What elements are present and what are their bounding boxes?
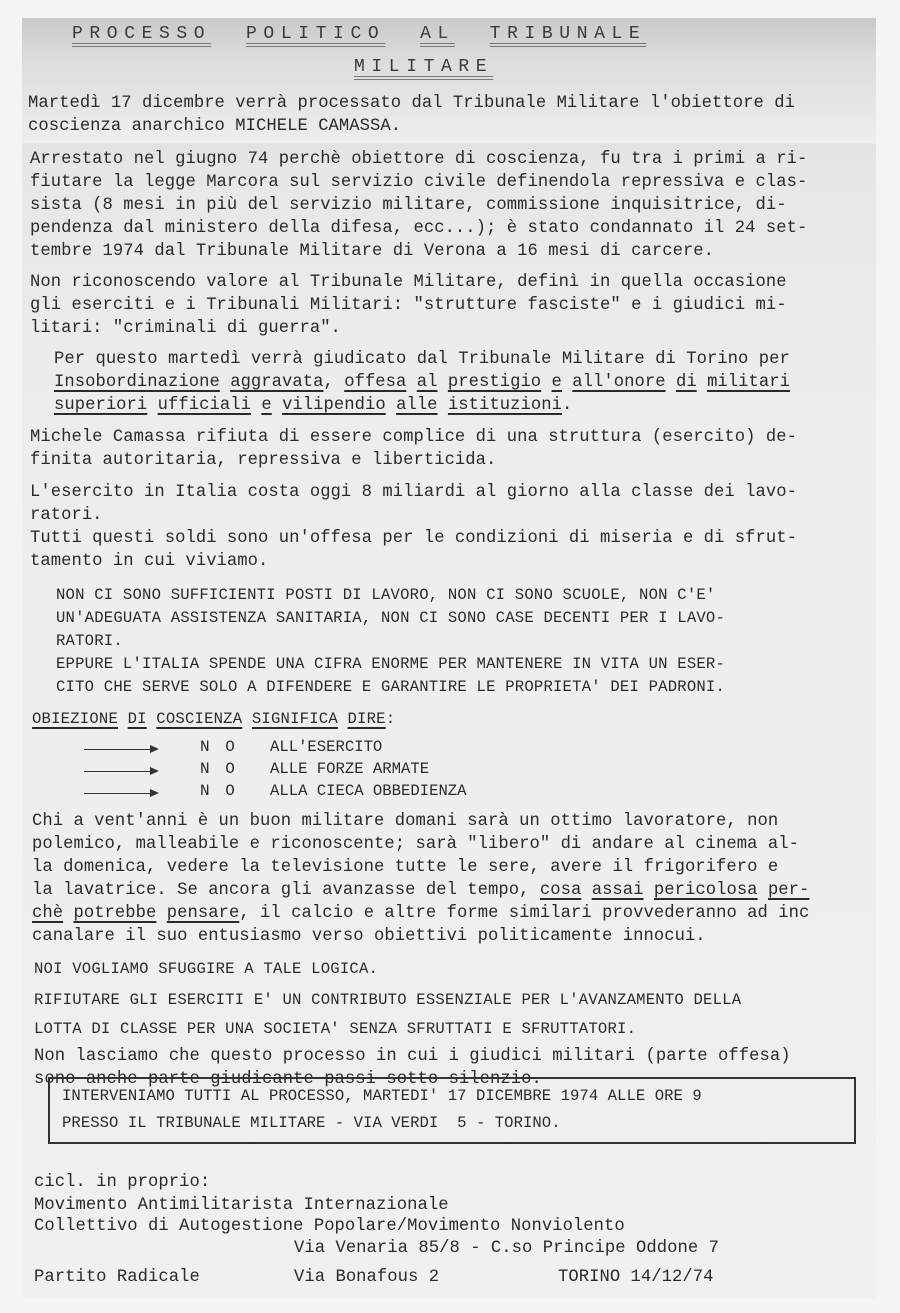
underlined-text: al — [417, 373, 438, 392]
text-line: Tutti questi soldi sono un'offesa per le… — [30, 529, 797, 548]
underlined-text: militari — [707, 373, 790, 392]
underlined-text: offesa — [344, 373, 406, 392]
underlined-text: pericolosa — [654, 881, 758, 900]
text-segment: . — [562, 396, 572, 415]
text-segment: , il calcio e altre forme similari provv… — [239, 904, 809, 923]
objection-target: ALL'ESERCITO — [270, 738, 382, 756]
objection-target: ALLE FORZE ARMATE — [270, 760, 429, 778]
text-line: tamento in cui viviamo. — [30, 552, 268, 571]
text-segment — [581, 881, 591, 900]
underlined-text: vilipendio — [282, 396, 386, 415]
text-segment — [147, 396, 157, 415]
text-line: superiori ufficiali e vilipendio alle is… — [54, 396, 572, 415]
text-line: sista (8 mesi in più del servizio milita… — [30, 196, 787, 215]
text-line: gli eserciti e i Tribunali Militari: "st… — [30, 296, 787, 315]
text-line: pendenza dal ministero della difesa, ecc… — [30, 219, 807, 238]
text-segment — [438, 396, 448, 415]
text-line: Non riconoscendo valore al Tribunale Mil… — [30, 273, 787, 292]
text-line: finita autoritaria, repressiva e liberti… — [30, 451, 496, 470]
underlined-text: ufficiali — [158, 396, 251, 415]
underlined-text: all'onore — [572, 373, 665, 392]
text-line: Chi a vent'anni è un buon militare doman… — [32, 812, 778, 831]
text-line: RATORI. — [56, 632, 123, 650]
text-segment — [220, 373, 230, 392]
address: Via Bonafous 2 — [294, 1268, 439, 1287]
text-segment — [697, 373, 707, 392]
text-line: la domenica, vedere la televisione tutte… — [32, 858, 778, 877]
title-line-2: MILITARE — [354, 57, 493, 77]
text-line: ratori. — [30, 506, 103, 525]
text-line: EPPURE L'ITALIA SPENDE UNA CIFRA ENORME … — [56, 655, 725, 673]
text-line: chè potrebbe pensare, il calcio e altre … — [32, 904, 809, 923]
text-line: RIFIUTARE GLI ESERCITI E' UN CONTRIBUTO … — [34, 991, 741, 1009]
address: Via Venaria 85/8 - C.so Principe Oddone … — [294, 1239, 719, 1258]
title-word: TRIBUNALE — [490, 24, 647, 44]
text-line: Insobordinazione aggravata, offesa al pr… — [54, 373, 790, 392]
text-line: tembre 1974 dal Tribunale Militare di Ve… — [30, 242, 714, 261]
text-line: canalare il suo entusiasmo verso obietti… — [32, 927, 706, 946]
text-line: la lavatrice. Se ancora gli avanzasse de… — [32, 881, 809, 900]
text-segment — [438, 373, 448, 392]
text-segment — [251, 396, 261, 415]
title-word: AL — [420, 24, 455, 44]
text-line: UN'ADEGUATA ASSISTENZA SANITARIA, NON CI… — [56, 609, 725, 627]
flyer-page: PROCESSO POLITICO AL TRIBUNALE MILITARE … — [22, 18, 876, 1298]
text-segment — [562, 373, 572, 392]
text-line: CITO CHE SERVE SOLO A DIFENDERE E GARANT… — [56, 678, 725, 696]
text-line: Non lasciamo che questo processo in cui … — [34, 1047, 791, 1066]
text-line: Martedì 17 dicembre verrà processato dal… — [28, 94, 795, 113]
underlined-text: e — [261, 396, 271, 415]
heading-word: OBIEZIONE — [32, 710, 118, 728]
text-line: PRESSO IL TRIBUNALE MILITARE - VIA VERDI… — [62, 1114, 561, 1132]
text-line: fiutare la legge Marcora sul servizio ci… — [30, 173, 807, 192]
text-segment — [644, 881, 654, 900]
text-segment — [272, 396, 282, 415]
underlined-text: superiori — [54, 396, 147, 415]
text-line: polemico, malleabile e riconoscente; sar… — [32, 835, 799, 854]
text-segment: la lavatrice. Se ancora gli avanzasse de… — [32, 881, 540, 900]
title-line-1: PROCESSO POLITICO AL TRIBUNALE — [72, 24, 646, 44]
objection-target: ALLA CIECA OBBEDIENZA — [270, 782, 467, 800]
heading-suffix: : — [386, 710, 396, 728]
text-segment — [541, 373, 551, 392]
underlined-text: alle — [396, 396, 437, 415]
text-segment — [666, 373, 676, 392]
text-line: Arrestato nel giugno 74 perchè obiettore… — [30, 150, 807, 169]
text-line: coscienza anarchico MICHELE CAMASSA. — [28, 117, 401, 136]
underlined-text: per- — [768, 881, 809, 900]
text-line: Michele Camassa rifiuta di essere compli… — [30, 428, 797, 447]
organization: Partito Radicale — [34, 1268, 200, 1287]
organization: Collettivo di Autogestione Popolare/Movi… — [34, 1217, 625, 1236]
text-segment — [406, 373, 416, 392]
text-segment — [386, 396, 396, 415]
text-segment — [156, 904, 166, 923]
underlined-text: Insobordinazione — [54, 373, 220, 392]
organization: Movimento Antimilitarista Internazionale — [34, 1196, 449, 1215]
underlined-text: istituzioni — [448, 396, 562, 415]
call-to-action-box: INTERVENIAMO TUTTI AL PROCESSO, MARTEDI'… — [48, 1077, 856, 1144]
text-segment: , — [323, 373, 344, 392]
no-label: N O — [200, 760, 238, 778]
underlined-text: e — [552, 373, 562, 392]
text-line: LOTTA DI CLASSE PER UNA SOCIETA' SENZA S… — [34, 1020, 636, 1038]
place-date: TORINO 14/12/74 — [558, 1268, 713, 1287]
heading-word: COSCIENZA — [156, 710, 242, 728]
logic-statement: NOI VOGLIAMO SFUGGIRE A TALE LOGICA. — [34, 960, 378, 978]
text-line: Per questo martedì verrà giudicato dal T… — [54, 350, 790, 369]
underlined-text: cosa — [540, 881, 581, 900]
text-segment — [758, 881, 768, 900]
heading-word: DIRE — [347, 710, 385, 728]
underlined-text: potrebbe — [73, 904, 156, 923]
objection-heading: OBIEZIONE DI COSCIENZA SIGNIFICA DIRE: — [32, 710, 395, 728]
underlined-text: di — [676, 373, 697, 392]
text-line: INTERVENIAMO TUTTI AL PROCESSO, MARTEDI'… — [62, 1087, 702, 1105]
no-label: N O — [200, 782, 238, 800]
no-label: N O — [200, 738, 238, 756]
arrow-right-icon — [84, 793, 156, 794]
text-line: NON CI SONO SUFFICIENTI POSTI DI LAVORO,… — [56, 586, 716, 604]
underlined-text: pensare — [167, 904, 240, 923]
text-line: litari: "criminali di guerra". — [30, 319, 341, 338]
arrow-right-icon — [84, 771, 156, 772]
underlined-text: assai — [592, 881, 644, 900]
underlined-text: prestigio — [448, 373, 541, 392]
title-word: PROCESSO — [72, 24, 211, 44]
underlined-text: aggravata — [230, 373, 323, 392]
heading-word: DI — [128, 710, 147, 728]
text-line: L'esercito in Italia costa oggi 8 miliar… — [30, 483, 797, 502]
printing-note: cicl. in proprio: — [34, 1173, 210, 1192]
heading-word: SIGNIFICA — [252, 710, 338, 728]
arrow-right-icon — [84, 749, 156, 750]
title-word: MILITARE — [354, 57, 493, 77]
text-segment — [63, 904, 73, 923]
underlined-text: chè — [32, 904, 63, 923]
title-word: POLITICO — [246, 24, 385, 44]
